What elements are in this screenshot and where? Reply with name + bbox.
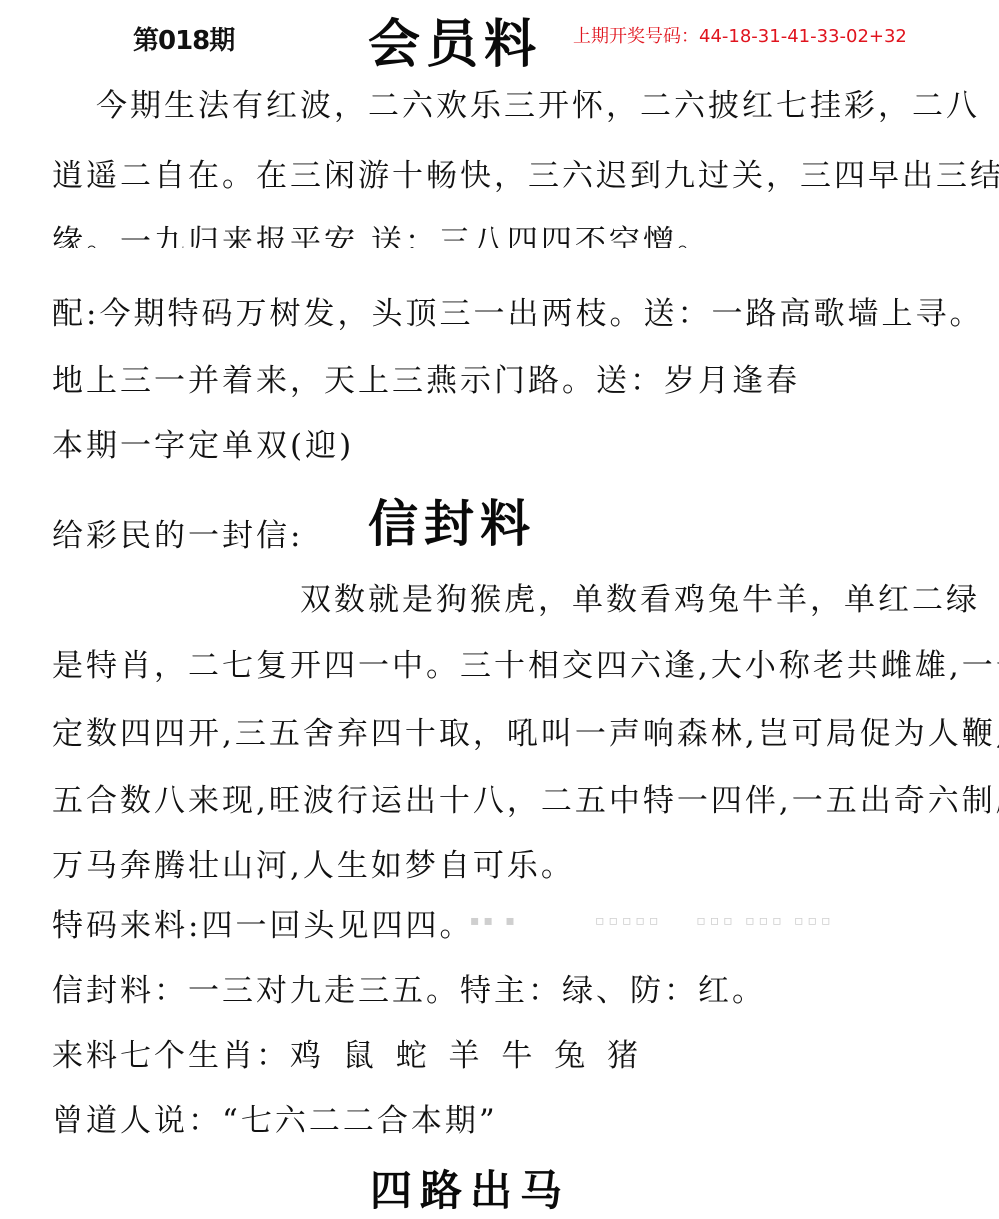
scan-artifact: ▪▪ ▪ ▫▫▫▫▫ ▫▫▫ ▫▫▫ ▫▫▫	[470, 913, 835, 929]
last-draw-numbers: 44-18-31-41-33-02+32	[699, 26, 907, 47]
special-code-line: 特码来料:四一回头见四四。	[52, 900, 473, 945]
letter-line-4: 五合数八来现,旺波行运出十八，二五中特一四伴,一五出奇六制胜,	[52, 775, 999, 820]
envelope-line: 信封料：一三对九走三五。特主：绿、防：红。	[52, 965, 766, 1010]
letter-intro: 给彩民的一封信:	[52, 510, 303, 555]
seven-zodiacs-line: 来料七个生肖：鸡 鼠 蛇 羊 牛 兔 猪	[52, 1030, 641, 1075]
taoist-saying: 曾道人说：“七六二二合本期”	[52, 1095, 498, 1140]
letter-line-1: 双数就是狗猴虎，单数看鸡兔牛羊，单红二绿	[300, 574, 980, 619]
issue-number: 第018期	[133, 20, 234, 57]
letter-line-3: 定数四四开,三五舍弃四十取，吼叫一声响森林,岂可局促为人鞭,四	[52, 708, 999, 753]
single-double: 本期一字定单双(迎)	[52, 420, 354, 465]
letter-line-2: 是特肖，二七复开四一中。三十相交四六逢,大小称老共雌雄,一一	[52, 640, 999, 685]
envelope-title: 信封料	[368, 484, 536, 556]
page-title: 会员料	[368, 2, 542, 77]
last-draw-label: 上期开奖号码：	[573, 26, 699, 47]
letter-line-5: 万马奔腾壮山河,人生如梦自可乐。	[52, 840, 575, 885]
pei-line-1: 配:今期特码万树发，头顶三一出两枝。送：一路高歌墙上寻。	[52, 288, 983, 333]
pei-line-2: 地上三一并着来，天上三燕示门路。送：岁月逢春	[52, 355, 800, 400]
footer-title: 四路出马	[370, 1158, 570, 1218]
poem-line-1: 今期生法有红波，二六欢乐三开怀，二六披红七挂彩，二八	[96, 80, 980, 125]
poem-line-2: 逍遥二自在。在三闲游十畅快，三六迟到九过关，三四早出三结	[52, 150, 999, 195]
poem-line-3: 缘。一九归来报平安 送：三八四四不空憎。	[52, 222, 711, 248]
last-draw-results: 上期开奖号码：44-18-31-41-33-02+32	[573, 22, 907, 48]
